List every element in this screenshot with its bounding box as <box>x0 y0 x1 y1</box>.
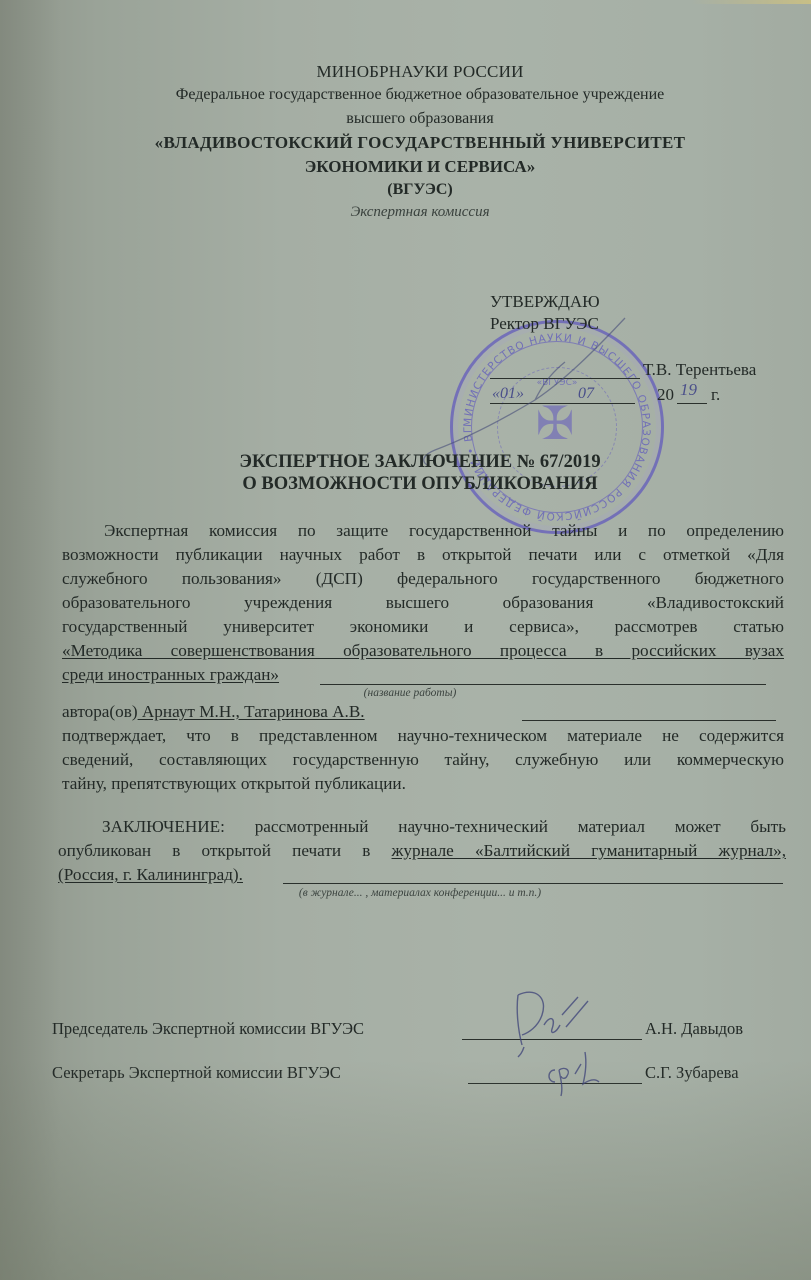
approval-position: Ректор ВГУЭС <box>490 314 599 334</box>
university-name-line2: ЭКОНОМИКИ И СЕРВИСА» <box>150 157 690 177</box>
title-line2: О ВОЗМОЖНОСТИ ОПУБЛИКОВАНИЯ <box>150 474 690 495</box>
chairman-signature-line <box>462 1039 642 1040</box>
approval-date-month: 07 <box>578 385 594 403</box>
scan-shadow-bottom <box>0 1060 811 1280</box>
conclusion-fill-line <box>283 883 783 884</box>
university-abbreviation: (ВГУЭС) <box>150 181 690 199</box>
publication-location: (Россия, г. Калининград). <box>58 863 243 887</box>
intro-line1: Экспертная комиссия по защите государств… <box>62 519 784 543</box>
publication-venue: журнале «Балтийский гуманитарный журнал»… <box>392 841 786 860</box>
conclusion-line2-prefix: опубликован в открытой печати в <box>58 841 392 860</box>
confirm-line3: тайну, препятствующих открытой публикаци… <box>62 772 784 796</box>
secretary-signature-line <box>468 1083 642 1084</box>
secretary-role: Секретарь Экспертной комиссии ВГУЭС <box>52 1063 341 1083</box>
page-edge <box>691 0 811 4</box>
work-title-line1: «Методика совершенствования образователь… <box>62 639 784 663</box>
intro-line4: образовательного учреждения высшего обра… <box>62 591 784 615</box>
work-title-caption: (название работы) <box>300 687 520 699</box>
chairman-name: А.Н. Давыдов <box>645 1019 743 1039</box>
confirm-line2: сведений, составляющих государственную т… <box>62 748 784 772</box>
intro-line5: государственный университет экономики и … <box>62 615 784 639</box>
institution-type: Федеральное государственное бюджетное об… <box>150 86 690 104</box>
institution-level: высшего образования <box>150 110 690 128</box>
confirm-line1: подтверждает, что в представленном научн… <box>62 724 784 748</box>
approval-label: УТВЕРЖДАЮ <box>490 292 600 312</box>
authors-label: автора(ов) <box>62 702 138 721</box>
approval-signature-line <box>490 378 640 379</box>
secretary-signature-icon <box>525 1040 625 1100</box>
approval-year-handwritten: 19 <box>680 380 697 400</box>
chairman-signature-icon <box>500 985 610 1060</box>
authors-row: автора(ов) Арнаут М.Н., Татаринова А.В. <box>62 700 365 724</box>
secretary-name: С.Г. Зубарева <box>645 1063 739 1083</box>
authors-fill-line <box>522 720 776 721</box>
scan-shadow-left <box>0 0 60 1280</box>
official-stamp: МИНИСТЕРСТВО НАУКИ И ВЫСШЕГО ОБРАЗОВАНИЯ… <box>450 320 664 534</box>
title-line1: ЭКСПЕРТНОЕ ЗАКЛЮЧЕНИЕ № 67/2019 <box>150 452 690 473</box>
authors-value: Арнаут М.Н., Татаринова А.В. <box>138 702 365 721</box>
conclusion-caption: (в журнале... , материалах конференции..… <box>240 887 600 899</box>
conclusion-line1: ЗАКЛЮЧЕНИЕ: рассмотренный научно-техниче… <box>58 815 786 839</box>
approval-year-line <box>677 403 707 404</box>
intro-line2: возможности публикации научных работ в о… <box>62 543 784 567</box>
work-title-line2: среди иностранных граждан» <box>62 663 279 687</box>
approval-year-prefix: 20 <box>657 385 674 405</box>
department-name: Экспертная комиссия <box>150 204 690 221</box>
approval-date-line <box>490 403 635 404</box>
conclusion-line2: опубликован в открытой печати в журнале … <box>58 839 786 863</box>
university-name-line1: «ВЛАДИВОСТОКСКИЙ ГОСУДАРСТВЕННЫЙ УНИВЕРС… <box>150 133 690 153</box>
work-title-fill-line <box>320 684 766 685</box>
intro-line3: служебного пользования» (ДСП) федерально… <box>62 567 784 591</box>
approval-date-day: «01» <box>492 385 524 403</box>
ministry-name: МИНОБРНАУКИ РОССИИ <box>150 62 690 82</box>
approval-year-suffix: г. <box>711 385 720 405</box>
chairman-role: Председатель Экспертной комиссии ВГУЭС <box>52 1019 364 1039</box>
approval-signer: Т.В. Терентьева <box>643 360 756 380</box>
